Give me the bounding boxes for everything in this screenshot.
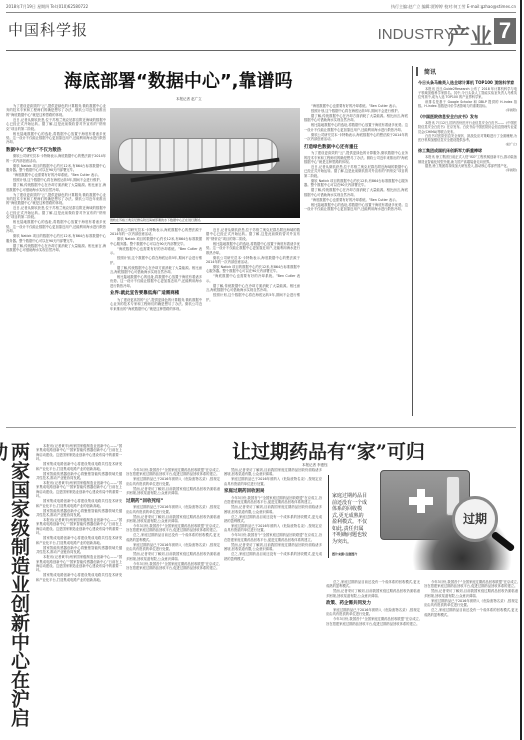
brief-headline[interactable]: 《中国医院信息安全白皮书》发布 (418, 114, 517, 119)
page-number: 7 (494, 18, 516, 44)
article3-column-4: 今年3月份,我国首个“全国家庭过期药品回收联盟”在京成立,旨在搭建家庭过期药品回… (424, 580, 518, 736)
article1-subhead-2: 业界:就此宣告要靠低海广适需商榷 (110, 290, 202, 297)
article1-subhead-3: 打造绿色数据中心还有重任 (304, 144, 408, 151)
article3-subhead-1: 过期药“回收死结” (126, 498, 220, 505)
article3-column-1: 今年3月份,我国首个“全国家庭过期药品回收联盟”在京成立,旨在搭建家庭过期药品回… (126, 468, 220, 736)
article3-headline[interactable]: 让过期药品有“家”可归 (232, 437, 425, 464)
brief-item: 今日头条马维英入选全球计算机 TOP100 顶级科学家 本报讯 近日,Guide… (413, 80, 520, 112)
newspaper-logo: 中国科学报 (8, 19, 88, 40)
article1-subhead-1: 数据中心“泡水”不仅为散热 (6, 147, 106, 154)
article1-column-4: “海底数据中心也需要有好的冷却系统。”Ben Cutler 表示。 按照计划,这… (304, 104, 408, 424)
news-briefs-sidebar: 简讯 今日头条马维英入选全球计算机 TOP100 顶级科学家 本报讯 近日,Gu… (412, 66, 520, 416)
brief-author: (赵广立) (418, 142, 517, 146)
article1-byline: 本报记者 赵广立 (176, 97, 202, 102)
article2-body: 本报讯(记者黄辛)两家国家级制造业创新中心——“国家集成电路创新中心”“国家智能… (36, 444, 122, 736)
brief-author: (李晨阳) (418, 168, 517, 172)
article3-column-3: 总之,家庭过期药品目前还没有一个成体系的回收模式,更无成熟的盈利模式。 然而,记… (326, 580, 420, 736)
top-info-bar: 2018年7月19日 星期四 Tel:(010)62580722 执行主编:赵广… (6, 4, 516, 12)
section-name-cn: 产业 (448, 20, 492, 51)
article1-photo-caption: 微软在苏格兰奥克尼群岛附近海域部署的水下数据中心正在进行测试。 (110, 218, 300, 224)
article2-headline[interactable]: 两家国家级制造业创新中心在沪启动 (8, 442, 30, 740)
magnifier-expired-label: 过期 (452, 496, 498, 542)
section-name-en: INDUSTRY (378, 26, 454, 43)
date-line: 2018年7月19日 星期四 Tel:(010)62580722 (6, 4, 88, 12)
brief-headline[interactable]: 徐工集团成国机床创新军力新重棒球 (418, 148, 517, 153)
brief-headline[interactable]: 今日头条马维英入选全球计算机 TOP100 顶级科学家 (418, 80, 517, 85)
masthead-rule (6, 50, 516, 51)
article1-column-2: 微软公司研究员本·卡特勒表示,海底数据中心的想法源于2014年的一次内部创意活动… (110, 228, 202, 424)
article3-subhead-3: 政策、药企需共同发力 (326, 600, 420, 607)
article3-photo-expired-medicine: 过期 (372, 470, 520, 574)
section-divider (6, 427, 516, 428)
datacenter-cylinder (118, 138, 278, 172)
brief-item: 徐工集团成国机床创新军力新重棒球 本报讯 徐工集团日前正式入驻“ISO”工程机械… (413, 148, 520, 172)
article3-subhead-2: 家庭过期药回收困局 (224, 488, 322, 495)
masthead: 中国科学报 INDUSTRY 产业 7 (6, 14, 516, 48)
staff-line: 执行主编:赵广立 编辑:贾婷婷 校对:何工劳 E-mail:gzhao@stim… (391, 4, 516, 12)
photo-credit: 图片来源:百度图片 (332, 551, 368, 558)
top-rule (6, 12, 516, 13)
article3-pull-quote: 家庭过期药品目前还没有一个成体系的回收模式,更无成熟的盈利模式。不仅如此,责任归… (328, 475, 368, 558)
article1-photo-underwater-datacenter (110, 108, 300, 218)
news-briefs-title: 简讯 (416, 67, 520, 76)
page-edge-rule (520, 0, 522, 740)
brief-author: (李晨阳) (418, 108, 517, 112)
brief-item: 《中国医院信息安全白皮书》发布 本报讯 7月12日,国内首份医疗行业信息安全白皮… (413, 114, 520, 146)
article1-headline[interactable]: 海底部署“数据中心”,靠谱吗 (64, 67, 293, 93)
article3-column-2: 然而,记者采访了解到,目前我国家庭过期药品回收仍面临诸多困境,回收渠道有限,公众… (224, 468, 322, 736)
article1-column-1: 为了建设更高效的“云”,提供更绿色的计算服务,微软数据中心业务的技术专家和工程师… (6, 104, 106, 424)
article1-column-3: 近日,记者从微软获悉,位于苏格兰奥克尼群岛附近海域的数据中心已经正式开始运转。据… (206, 228, 300, 424)
